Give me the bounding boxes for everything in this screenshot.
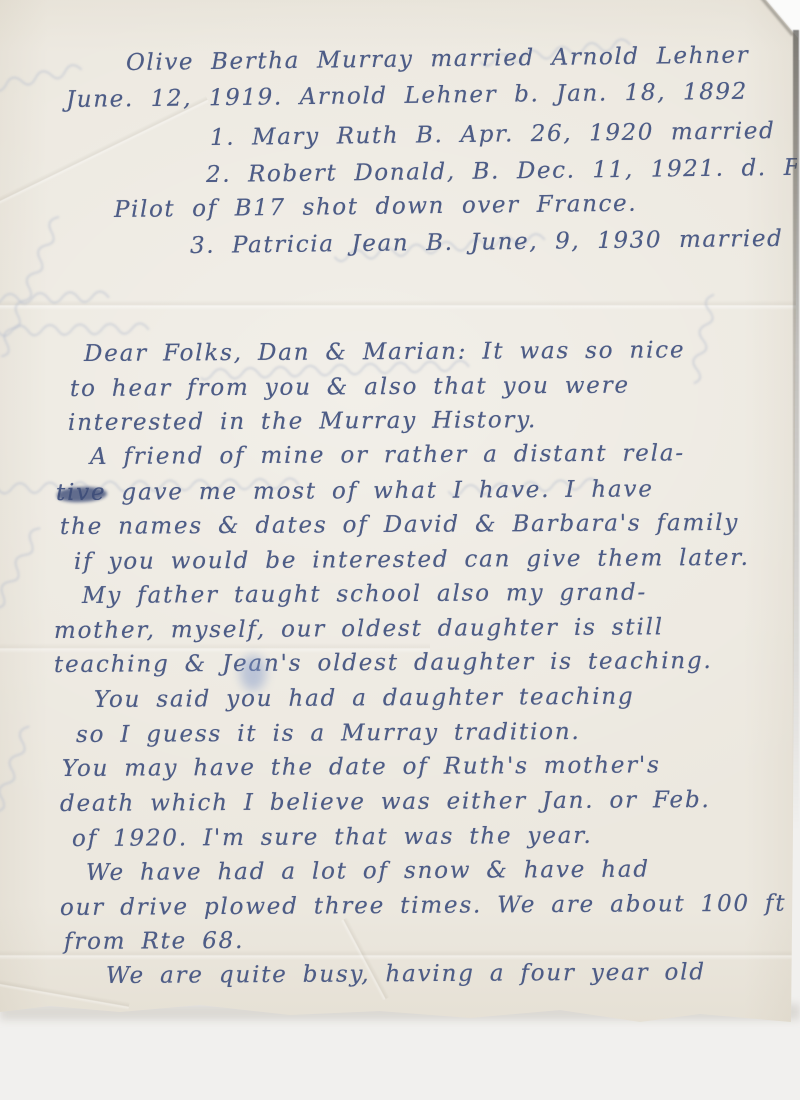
letter-body-line: to hear from you & also that you were (70, 373, 630, 402)
scanned-letter-page: Olive Bertha Murray married Arnold Lehne… (0, 0, 800, 1100)
genealogy-line: June. 12, 1919. Arnold Lehner b. Jan. 18… (66, 79, 748, 113)
letter-body-line: We are quite busy, having a four year ol… (106, 959, 706, 989)
genealogy-line: 3. Patricia Jean B. June, 9, 1930 marrie… (190, 226, 784, 259)
genealogy-line: Pilot of B17 shot down over France. (114, 191, 637, 223)
letter-body-line: the names & dates of David & Barbara's f… (60, 510, 739, 540)
paper-right-edge-shadow (793, 30, 799, 830)
letter-body-line: Dear Folks, Dan & Marian: It was so nice (84, 337, 686, 367)
genealogy-line: 1. Mary Ruth B. Apr. 26, 1920 married (210, 118, 776, 151)
letter-body-line: My father taught school also my grand- (82, 580, 647, 609)
ink-smudge (240, 655, 266, 691)
genealogy-line: Olive Bertha Murray married Arnold Lehne… (126, 42, 750, 76)
genealogy-line: 2. Robert Donald, B. Dec. 11, 1921. d. F… (206, 153, 800, 188)
handwriting-layer: Olive Bertha Murray married Arnold Lehne… (0, 0, 800, 1028)
letter-body-line: interested in the Murray History. (68, 407, 537, 436)
letter-body-line: You said you had a daughter teaching (94, 684, 635, 713)
letter-body-line: if you would be interested can give them… (74, 545, 750, 575)
letter-body-line: teaching & Jean's oldest daughter is tea… (54, 648, 713, 678)
letter-body-line: of 1920. I'm sure that was the year. (72, 823, 593, 852)
letter-body-line: death which I believe was either Jan. or… (60, 787, 711, 817)
letter-body-line: You may have the date of Ruth's mother's (62, 752, 661, 782)
letter-body-line: We have had a lot of snow & have had (86, 857, 650, 886)
letter-paper: Olive Bertha Murray married Arnold Lehne… (0, 0, 800, 1028)
letter-body-line: so I guess it is a Murray tradition. (76, 719, 581, 748)
letter-body-line: mother, myself, our oldest daughter is s… (54, 614, 664, 644)
letter-body-line: A friend of mine or rather a distant rel… (90, 440, 685, 470)
letter-body-line: from Rte 68. (64, 928, 244, 955)
letter-body-line: our drive plowed three times. We are abo… (60, 891, 787, 921)
letter-body-line: tive gave me most of what I have. I have (56, 476, 654, 506)
